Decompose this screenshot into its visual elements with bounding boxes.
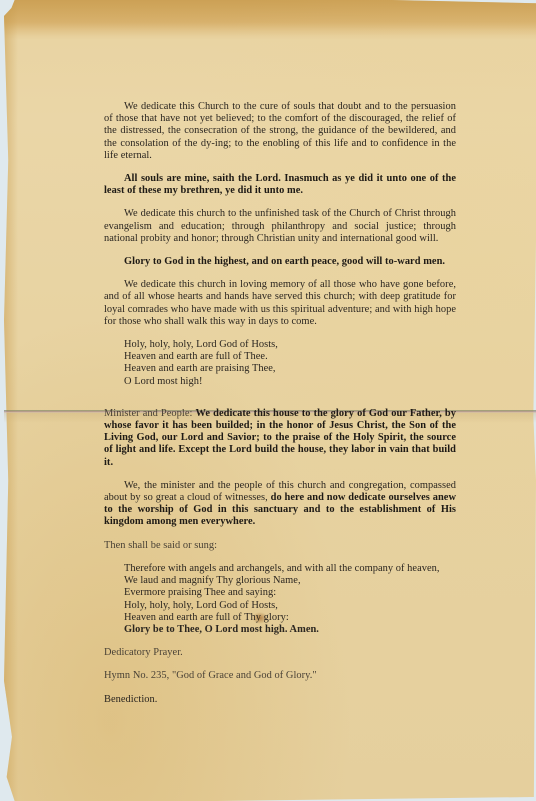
verse-holy-holy-holy: Holy, holy, holy, Lord God of Hosts, Hea… bbox=[124, 339, 456, 388]
dedication-paragraph-souls: We dedicate this Church to the cure of s… bbox=[104, 101, 456, 162]
minister-and-people-paragraph: Minister and People: We dedicate this ho… bbox=[104, 408, 456, 469]
dedication-paragraph-memory: We dedicate this church in loving memory… bbox=[104, 279, 456, 328]
congregation-dedication-paragraph: We, the minister and the people of this … bbox=[104, 480, 456, 529]
dedication-paragraph-task: We dedicate this church to the unfinishe… bbox=[104, 208, 456, 245]
speaker-label: Minister and People: bbox=[104, 408, 192, 419]
verse-line: Heaven and earth are praising Thee, bbox=[124, 363, 456, 375]
document-body: We dedicate this Church to the cure of s… bbox=[104, 101, 456, 717]
dedicatory-prayer: Dedicatory Prayer. bbox=[104, 647, 456, 659]
verse-line: O Lord most high! bbox=[124, 376, 456, 388]
verse-line: Holy, holy, holy, Lord God of Hosts, bbox=[124, 600, 456, 612]
sanctus-intro: Therefore with angels and archangels, an… bbox=[104, 563, 456, 575]
verse-line: We laud and magnify Thy glorious Name, bbox=[124, 575, 456, 587]
benediction: Benediction. bbox=[104, 694, 456, 706]
verse-line: Evermore praising Thee and saying: bbox=[124, 587, 456, 599]
verse-line: Heaven and earth are full of Thy glory: bbox=[124, 612, 456, 624]
hymn-listing: Hymn No. 235, "God of Grace and God of G… bbox=[104, 670, 456, 682]
verse-line: Glory be to Thee, O Lord most high. Amen… bbox=[124, 624, 456, 636]
rubric-said-or-sung: Then shall be said or sung: bbox=[104, 540, 456, 552]
scripture-all-souls: All souls are mine, saith the Lord. Inas… bbox=[104, 173, 456, 197]
scripture-glory-to-god: Glory to God in the highest, and on eart… bbox=[104, 256, 456, 268]
verse-line: Heaven and earth are full of Thee. bbox=[124, 351, 456, 363]
verse-line: Holy, holy, holy, Lord God of Hosts, bbox=[124, 339, 456, 351]
verse-sanctus: We laud and magnify Thy glorious Name, E… bbox=[124, 575, 456, 636]
